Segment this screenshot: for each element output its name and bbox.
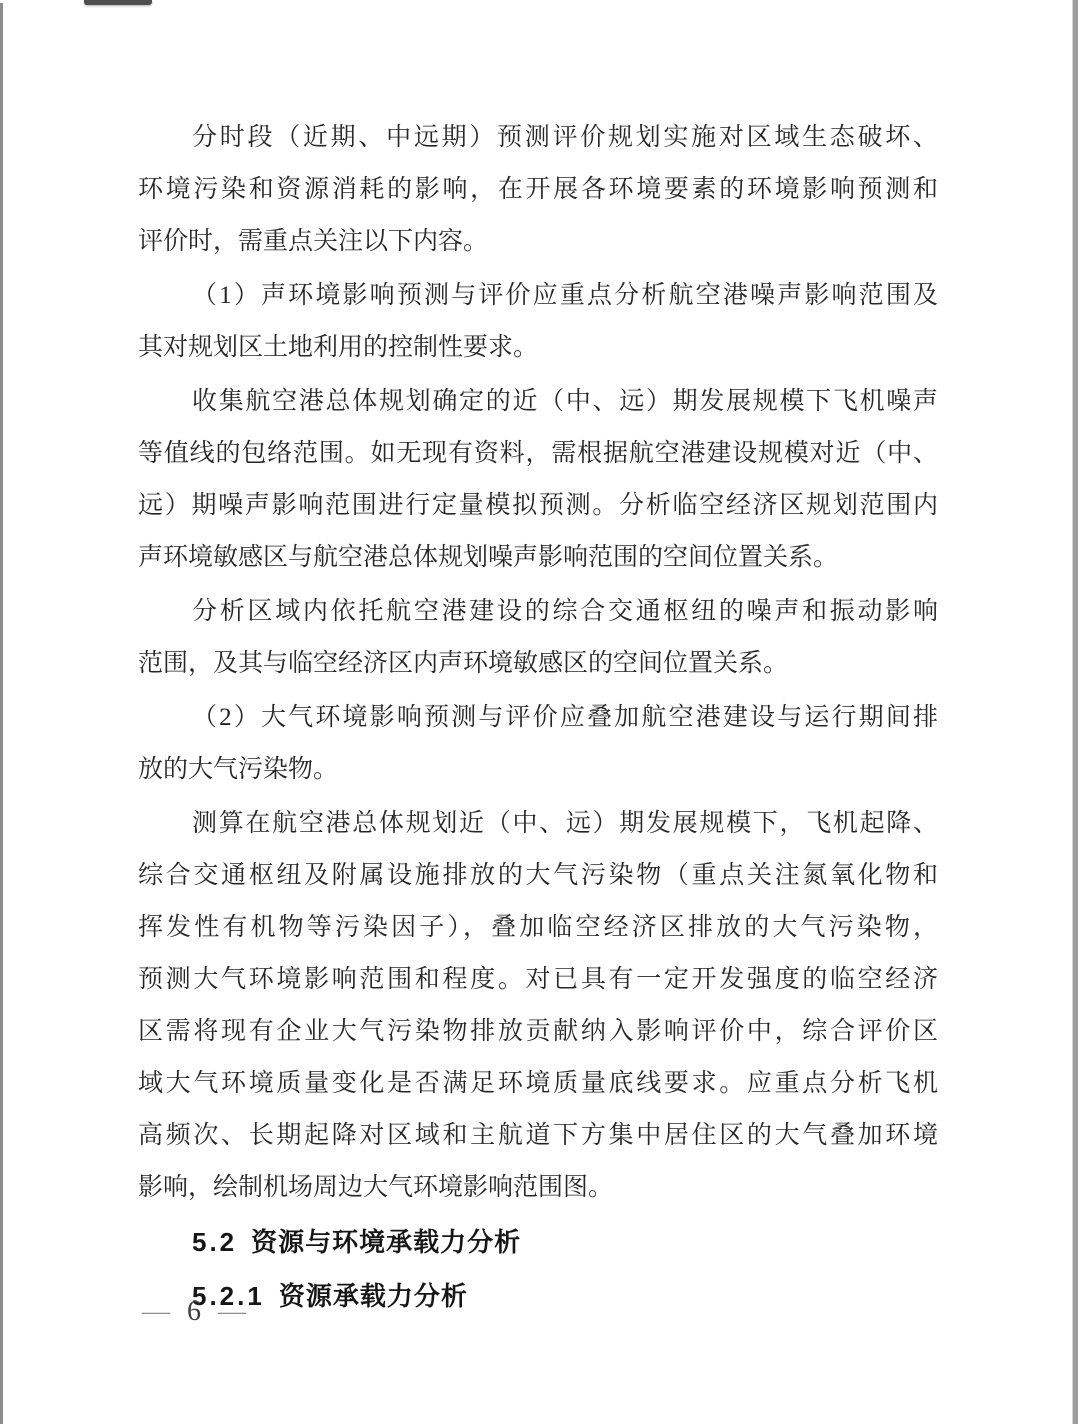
footer-dash-right: — <box>218 1298 246 1325</box>
paragraph: （1）声环境影响预测与评价应重点分析航空港噪声影响范围及 其对规划区土地利用的控… <box>138 270 938 374</box>
section-heading-5-2-1: 5.2.1资源承载力分析 <box>138 1270 938 1322</box>
document-page: 分时段（近期、中远期）预测评价规划实施对区域生态破坏、 环境污染和资源消耗的影响… <box>0 0 1080 1424</box>
text-line: 测算在航空港总体规划近（中、远）期发展规模下，飞机起降、 <box>138 798 938 850</box>
text-line: 挥发性有机物等污染因子），叠加临空经济区排放的大气污染物， <box>138 902 938 954</box>
page-right-edge <box>1072 0 1078 1424</box>
text-line: 影响，绘制机场周边大气环境影响范围图。 <box>138 1162 938 1214</box>
text-line: 收集航空港总体规划确定的近（中、远）期发展规模下飞机噪声 <box>138 376 938 428</box>
text-line: （2）大气环境影响预测与评价应叠加航空港建设与运行期间排 <box>138 692 938 744</box>
text-line: 高频次、长期起降对区域和主航道下方集中居住区的大气叠加环境 <box>138 1110 938 1162</box>
page-content: 分时段（近期、中远期）预测评价规划实施对区域生态破坏、 环境污染和资源消耗的影响… <box>138 112 938 1322</box>
page-number-footer: — 6 — <box>142 1296 246 1328</box>
text-line: 综合交通枢纽及附属设施排放的大气污染物（重点关注氮氧化物和 <box>138 850 938 902</box>
text-line: 域大气环境质量变化是否满足环境质量底线要求。应重点分析飞机 <box>138 1058 938 1110</box>
text-line: 环境污染和资源消耗的影响，在开展各环境要素的环境影响预测和 <box>138 164 938 216</box>
text-line: 放的大气污染物。 <box>138 744 938 796</box>
text-line: 预测大气环境影响范围和程度。对已具有一定开发强度的临空经济 <box>138 954 938 1006</box>
text-line: 其对规划区土地利用的控制性要求。 <box>138 322 938 374</box>
text-line: 远）期噪声影响范围进行定量模拟预测。分析临空经济区规划范围内 <box>138 480 938 532</box>
text-line: 评价时，需重点关注以下内容。 <box>138 216 938 268</box>
page-left-edge <box>0 3 3 1424</box>
text-line: 分析区域内依托航空港建设的综合交通枢纽的噪声和振动影响 <box>138 586 938 638</box>
section-heading-5-2: 5.2资源与环境承载力分析 <box>138 1216 938 1268</box>
paragraph: 分时段（近期、中远期）预测评价规划实施对区域生态破坏、 环境污染和资源消耗的影响… <box>138 112 938 268</box>
text-line: 等值线的包络范围。如无现有资料，需根据航空港建设规模对近（中、 <box>138 428 938 480</box>
text-line: 范围，及其与临空经济区内声环境敏感区的空间位置关系。 <box>138 638 938 690</box>
paragraph: （2）大气环境影响预测与评价应叠加航空港建设与运行期间排 放的大气污染物。 <box>138 692 938 796</box>
text-line: 分时段（近期、中远期）预测评价规划实施对区域生态破坏、 <box>138 112 938 164</box>
heading-title: 资源与环境承载力分析 <box>251 1227 521 1257</box>
footer-dash-left: — <box>142 1298 170 1325</box>
cropped-toolbar-fragment <box>84 0 152 5</box>
heading-number: 5.2 <box>192 1227 237 1257</box>
page-number: 6 <box>187 1296 201 1328</box>
heading-title: 资源承载力分析 <box>279 1281 468 1311</box>
paragraph: 测算在航空港总体规划近（中、远）期发展规模下，飞机起降、 综合交通枢纽及附属设施… <box>138 798 938 1214</box>
paragraph: 分析区域内依托航空港建设的综合交通枢纽的噪声和振动影响 范围，及其与临空经济区内… <box>138 586 938 690</box>
paragraph: 收集航空港总体规划确定的近（中、远）期发展规模下飞机噪声 等值线的包络范围。如无… <box>138 376 938 584</box>
text-line: （1）声环境影响预测与评价应重点分析航空港噪声影响范围及 <box>138 270 938 322</box>
text-line: 声环境敏感区与航空港总体规划噪声影响范围的空间位置关系。 <box>138 532 938 584</box>
text-line: 区需将现有企业大气污染物排放贡献纳入影响评价中，综合评价区 <box>138 1006 938 1058</box>
